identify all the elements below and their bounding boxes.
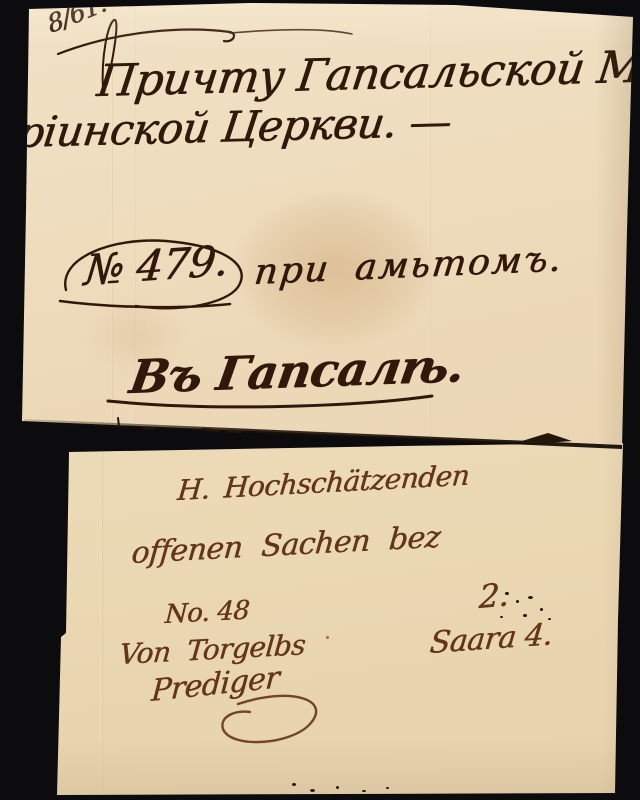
rust-dot	[326, 636, 329, 639]
rate-mark: 2.	[478, 575, 509, 616]
document-number: No. 48	[164, 595, 250, 630]
handwriting-line: H. Hochschätzenden	[176, 459, 471, 507]
registration-number: № 479.	[82, 235, 230, 295]
docket-number: 8/61.	[44, 0, 109, 39]
address-line-1: Причту Гапсальской Ма —	[94, 39, 640, 107]
address-line-2: ріинской Церкви. —	[14, 96, 454, 157]
destination-line: Въ Гапсалѣ.	[126, 338, 468, 404]
registration-note: при амьтомъ.	[252, 238, 565, 293]
handwriting-line: offenen Sachen bez	[130, 520, 442, 571]
name-mark: Saara 4.	[428, 617, 554, 661]
fold-crease	[101, 452, 103, 795]
photo-of-two-letters: H. Hochschätzenden offenen Sachen bez No…	[0, 0, 640, 800]
